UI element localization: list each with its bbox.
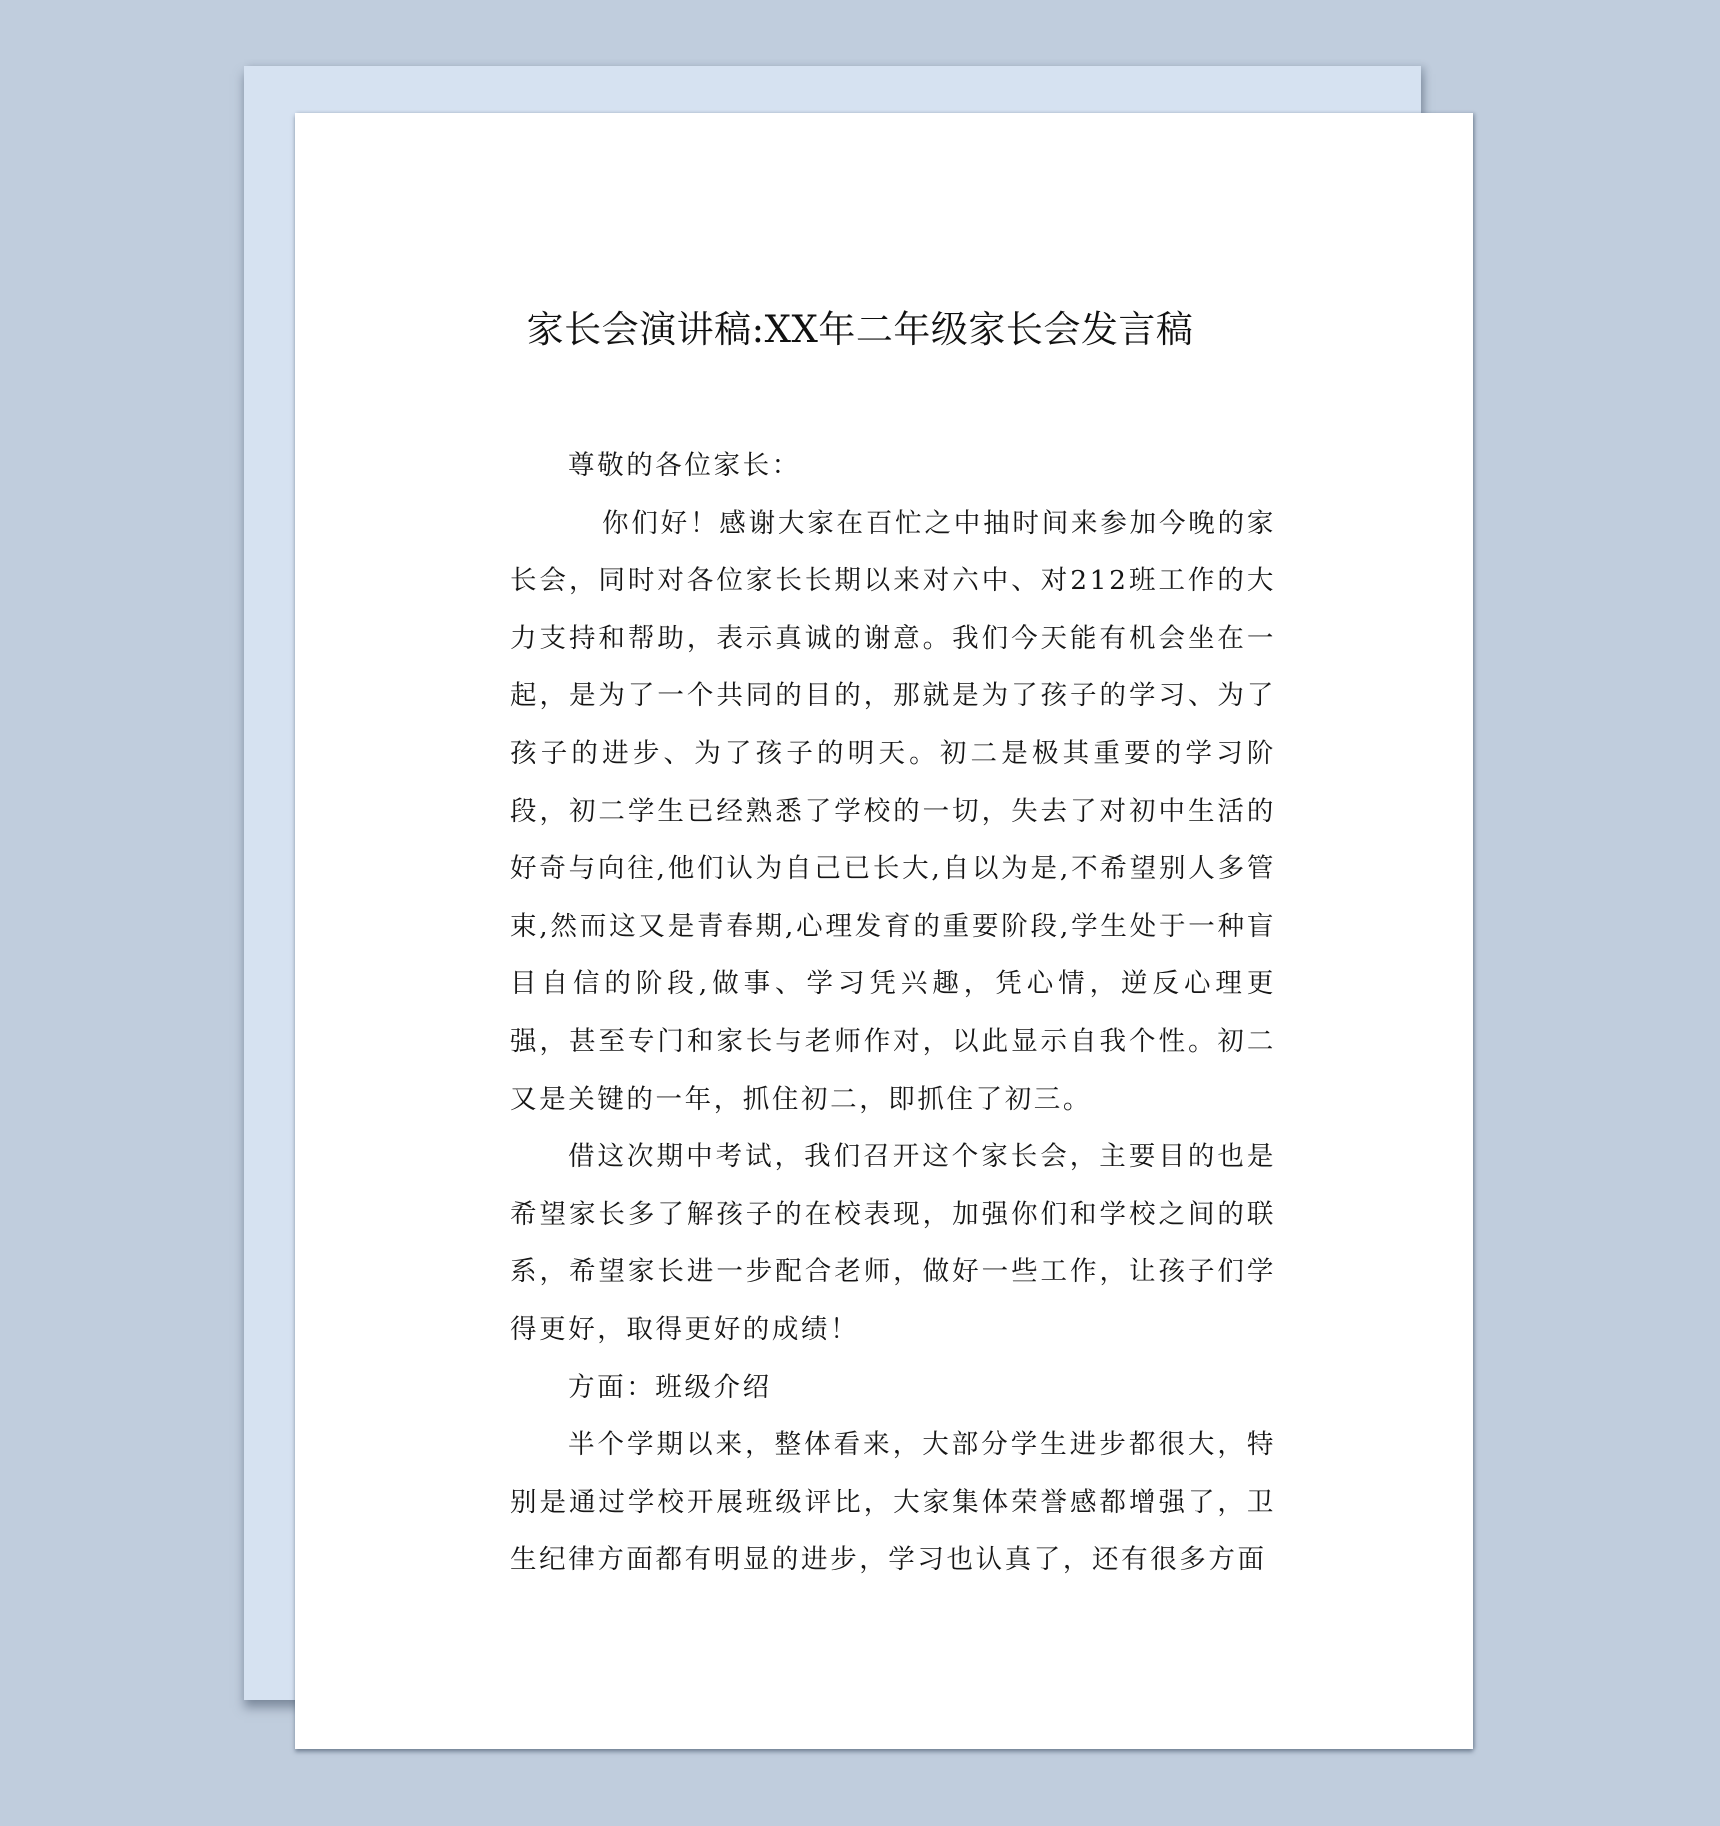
- section-heading-class-intro: 方面：班级介绍: [510, 1359, 1276, 1417]
- class-intro-paragraph: 半个学期以来，整体看来，大部分学生进步都很大，特别是通过学校开展班级评比，大家集…: [510, 1416, 1276, 1589]
- greeting-paragraph: 你们好！感谢大家在百忙之中抽时间来参加今晚的家长会，同时对各位家长长期以来对六中…: [510, 495, 1276, 1129]
- salutation-paragraph: 尊敬的各位家长：: [510, 437, 1276, 495]
- document-title: 家长会演讲稿:XX年二年级家长会发言稿: [0, 306, 1720, 354]
- purpose-paragraph: 借这次期中考试，我们召开这个家长会，主要目的也是希望家长多了解孩子的在校表现，加…: [510, 1128, 1276, 1358]
- document-body: 尊敬的各位家长： 你们好！感谢大家在百忙之中抽时间来参加今晚的家长会，同时对各位…: [510, 437, 1276, 1589]
